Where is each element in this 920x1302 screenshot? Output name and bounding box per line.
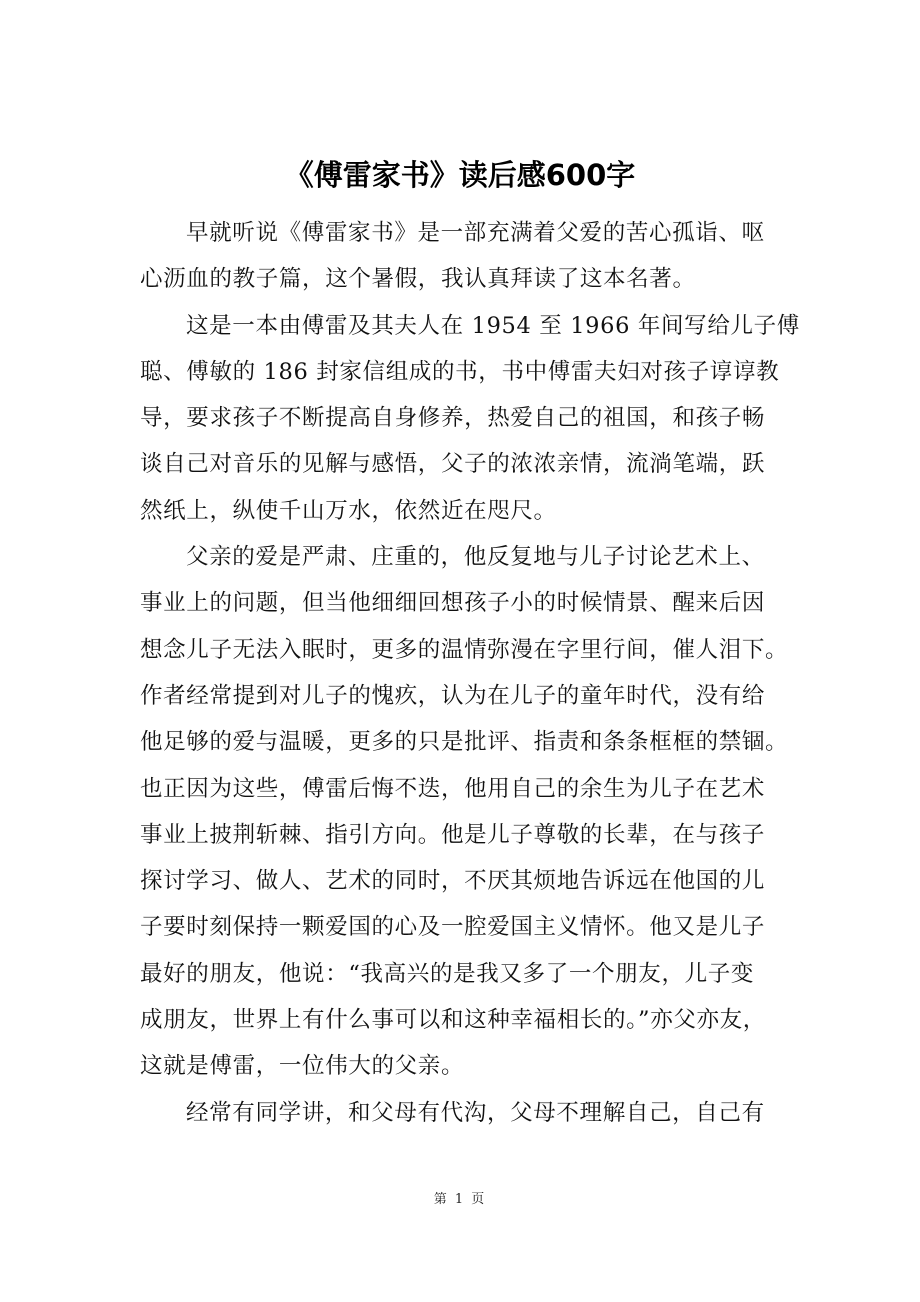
text-line: 探讨学习、做人、艺术的同时，不厌其烦地告诉远在他国的儿 xyxy=(140,858,795,904)
text-line: 他足够的爱与温暖，更多的只是批评、指责和条条框框的禁锢。 xyxy=(140,719,795,765)
text-line: 事业上披荆斩棘、指引方向。他是儿子尊敬的长辈，在与孩子 xyxy=(140,812,795,858)
text-line: 心沥血的教子篇，这个暑假，我认真拜读了这本名著。 xyxy=(140,256,795,302)
page-number: 第 1 页 xyxy=(0,1190,920,1210)
text-line: 也正因为这些，傅雷后悔不迭，他用自己的余生为儿子在艺术 xyxy=(140,766,795,812)
text-line: 事业上的问题，但当他细细回想孩子小的时候情景、醒来后因 xyxy=(140,580,795,626)
text-line: 子要时刻保持一颗爱国的心及一腔爱国主义情怀。他又是儿子 xyxy=(140,904,795,950)
text-line: 成朋友，世界上有什么事可以和这种幸福相长的。”亦父亦友， xyxy=(140,997,795,1043)
text-line: 早就听说《傅雷家书》是一部充满着父爱的苦心孤诣、呕 xyxy=(140,210,795,256)
text-line: 这就是傅雷，一位伟大的父亲。 xyxy=(140,1043,795,1089)
text-line: 谈自己对音乐的见解与感悟，父子的浓浓亲情，流淌笔端，跃 xyxy=(140,441,795,487)
paragraph-1: 早就听说《傅雷家书》是一部充满着父爱的苦心孤诣、呕 心沥血的教子篇，这个暑假，我… xyxy=(140,210,795,303)
document-body: 早就听说《傅雷家书》是一部充满着父爱的苦心孤诣、呕 心沥血的教子篇，这个暑假，我… xyxy=(140,210,795,1136)
document-title: 《傅雷家书》读后感600字 xyxy=(0,155,920,195)
paragraph-4: 经常有同学讲，和父母有代沟，父母不理解自己，自己有 xyxy=(140,1090,795,1136)
text-line: 导，要求孩子不断提高自身修养，热爱自己的祖国，和孩子畅 xyxy=(140,395,795,441)
paragraph-3: 父亲的爱是严肃、庄重的，他反复地与儿子讨论艺术上、 事业上的问题，但当他细细回想… xyxy=(140,534,795,1090)
text-line: 想念儿子无法入眠时，更多的温情弥漫在字里行间，催人泪下。 xyxy=(140,627,795,673)
text-line: 这是一本由傅雷及其夫人在 1954 至 1966 年间写给儿子傅 xyxy=(140,303,795,349)
text-line: 父亲的爱是严肃、庄重的，他反复地与儿子讨论艺术上、 xyxy=(140,534,795,580)
text-line: 最好的朋友，他说：“我高兴的是我又多了一个朋友，儿子变 xyxy=(140,951,795,997)
text-line: 聪、傅敏的 186 封家信组成的书，书中傅雷夫妇对孩子谆谆教 xyxy=(140,349,795,395)
text-line: 作者经常提到对儿子的愧疚，认为在儿子的童年时代，没有给 xyxy=(140,673,795,719)
text-line: 经常有同学讲，和父母有代沟，父母不理解自己，自己有 xyxy=(140,1090,795,1136)
paragraph-2: 这是一本由傅雷及其夫人在 1954 至 1966 年间写给儿子傅 聪、傅敏的 1… xyxy=(140,303,795,534)
document-page: 《傅雷家书》读后感600字 早就听说《傅雷家书》是一部充满着父爱的苦心孤诣、呕 … xyxy=(0,0,920,1302)
text-line: 然纸上，纵使千山万水，依然近在咫尺。 xyxy=(140,488,795,534)
